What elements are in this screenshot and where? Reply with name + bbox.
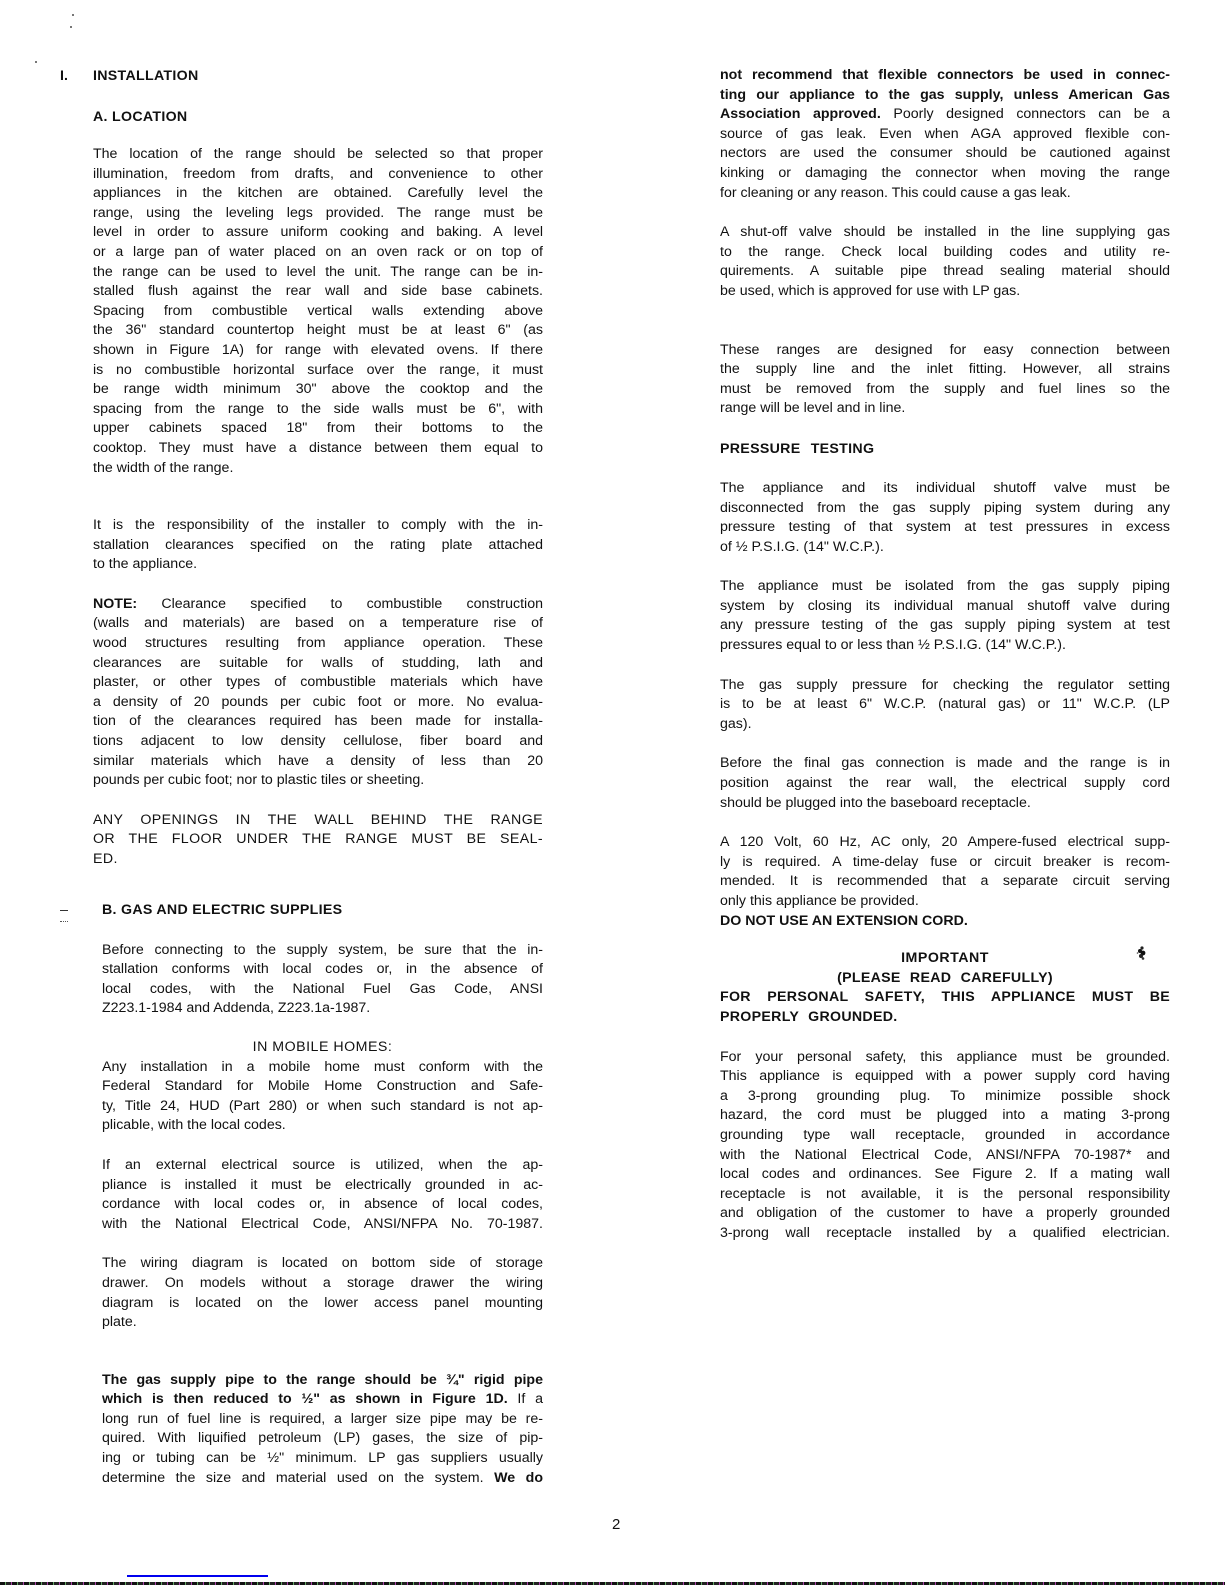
text-line: to the range. Check local building codes…	[720, 243, 1170, 263]
text-line: ANY OPENINGS IN THE WALL BEHIND THE RANG…	[93, 811, 543, 831]
margin-mark	[60, 910, 68, 922]
text-line: quired. With liquified petroleum (LP) ga…	[102, 1429, 543, 1449]
final-connection-paragraph: Before the final gas connection is made …	[720, 754, 1170, 813]
shutoff-valve-paragraph: A shut-off valve should be installed in …	[720, 223, 1170, 301]
text-fragment: We do	[494, 1470, 543, 1486]
text-line: the range can be used to level the unit.…	[93, 263, 543, 283]
extension-cord-warning: DO NOT USE AN EXTENSION CORD.	[720, 912, 1170, 932]
text-line: of ½ P.S.I.G. (14" W.C.P.).	[720, 538, 1170, 558]
text-line: the 36" standard countertop height must …	[93, 321, 543, 341]
text-line: shown in Figure 1A) for range with eleva…	[93, 341, 543, 361]
easy-connection-paragraph: These ranges are designed for easy conne…	[720, 341, 1170, 419]
text-line: range, using the leveling legs provided.…	[93, 204, 543, 224]
text-line: ting our appliance to the gas supply, un…	[720, 86, 1170, 106]
location-paragraph: The location of the range should be sele…	[93, 145, 543, 478]
scan-speck	[35, 61, 37, 63]
text-line: is no combustible horizontal surface ove…	[93, 361, 543, 381]
section-title: INSTALLATION	[93, 66, 543, 86]
important-title: IMPORTANT	[720, 949, 1170, 969]
text-line: determine the size and material used on …	[102, 1469, 543, 1489]
text-line: any pressure testing of the gas supply p…	[720, 616, 1170, 636]
external-source-paragraph: If an external electrical source is util…	[102, 1156, 543, 1234]
text-line: Association approved. Poorly designed co…	[720, 105, 1170, 125]
text-line: mended. It is recommended that a separat…	[720, 872, 1170, 892]
openings-warning: ANY OPENINGS IN THE WALL BEHIND THE RANG…	[93, 811, 543, 870]
text-line: kinking or damaging the connector when m…	[720, 164, 1170, 184]
text-line: The location of the range should be sele…	[93, 145, 543, 165]
text-line: stallation clearances specified on the r…	[93, 536, 543, 556]
text-line: stalled flush against the rear wall and …	[93, 282, 543, 302]
text-line: tion of the clearances required has been…	[93, 712, 543, 732]
text-line: For your personal safety, this appliance…	[720, 1048, 1170, 1068]
text-fragment: Association approved.	[720, 106, 881, 122]
grounding-paragraph: For your personal safety, this appliance…	[720, 1048, 1170, 1244]
text-line: pressure testing of that system at test …	[720, 518, 1170, 538]
text-line: disconnected from the gas supply piping …	[720, 499, 1170, 519]
mobile-homes-heading: IN MOBILE HOMES:	[102, 1038, 543, 1058]
text-line: with the National Electrical Code, ANSI/…	[102, 1215, 543, 1235]
text-line: a density of 20 pounds per cubic foot or…	[93, 693, 543, 713]
text-line: Federal Standard for Mobile Home Constru…	[102, 1077, 543, 1097]
text-line: must be removed from the supply and fuel…	[720, 380, 1170, 400]
text-line: tions adjacent to low density cellulose,…	[93, 732, 543, 752]
text-line: position against the rear wall, the elec…	[720, 774, 1170, 794]
text-line: cooktop. They must have a distance betwe…	[93, 439, 543, 459]
text-line: Before the final gas connection is made …	[720, 754, 1170, 774]
text-line: nectors are used the consumer should be …	[720, 144, 1170, 164]
text-line: wood structures resulting from appliance…	[93, 634, 543, 654]
disconnect-paragraph: The appliance and its individual shutoff…	[720, 479, 1170, 557]
text-line: is to be at least 6" W.C.P. (natural gas…	[720, 695, 1170, 715]
text-line: range will be level and in line.	[720, 399, 1170, 419]
text-line: and obligation of the customer to have a…	[720, 1204, 1170, 1224]
text-line: similar materials which have a density o…	[93, 752, 543, 772]
text-line: clearances are suitable for walls of stu…	[93, 654, 543, 674]
text-line: spacing from the range to the side walls…	[93, 400, 543, 420]
text-line: ED.	[93, 850, 543, 870]
responsibility-paragraph: It is the responsibility of the installe…	[93, 516, 543, 575]
text-line: plicable, with the local codes.	[102, 1116, 543, 1136]
text-fragment: determine the size and material used on …	[102, 1470, 494, 1486]
text-fragment: If a	[508, 1391, 543, 1407]
gas-pipe-paragraph: The gas supply pipe to the range should …	[102, 1371, 543, 1489]
page-number: 2	[612, 1516, 620, 1533]
text-line: FOR PERSONAL SAFETY, THIS APPLIANCE MUST…	[720, 988, 1170, 1008]
text-line: Z223.1-1984 and Addenda, Z223.1a-1987.	[102, 999, 543, 1019]
right-column: not recommend that flexible connectors b…	[720, 66, 1170, 1244]
text-line: the supply line and the inlet fitting. H…	[720, 360, 1170, 380]
note-label: NOTE:	[93, 596, 137, 612]
text-line: These ranges are designed for easy conne…	[720, 341, 1170, 361]
text-line: It is the responsibility of the installe…	[93, 516, 543, 536]
important-notice: IMPORTANT (PLEASE READ CAREFULLY) FOR PE…	[720, 949, 1170, 1027]
text-line: which is then reduced to ½" as shown in …	[102, 1390, 543, 1410]
regulator-paragraph: The gas supply pressure for checking the…	[720, 676, 1170, 735]
isolate-paragraph: The appliance must be isolated from the …	[720, 577, 1170, 655]
text-line: NOTE: Clearance specified to combustible…	[93, 595, 543, 615]
text-line: the width of the range.	[93, 459, 543, 479]
text-line: level in order to assure uniform cooking…	[93, 223, 543, 243]
ground-symbol-icon	[1134, 945, 1148, 961]
text-line: source of gas leak. Even when AGA approv…	[720, 125, 1170, 145]
left-column: INSTALLATION A. LOCATION The location of…	[93, 66, 543, 1488]
note-paragraph: NOTE: Clearance specified to combustible…	[93, 595, 543, 791]
text-line: be range width minimum 30" above the coo…	[93, 380, 543, 400]
text-line: with the National Electrical Code, ANSI/…	[720, 1146, 1170, 1166]
text-line: If an external electrical source is util…	[102, 1156, 543, 1176]
text-line: drawer. On models without a storage draw…	[102, 1274, 543, 1294]
text-line: long run of fuel line is required, a lar…	[102, 1410, 543, 1430]
text-line: A 120 Volt, 60 Hz, AC only, 20 Ampere-fu…	[720, 833, 1170, 853]
location-heading: A. LOCATION	[93, 107, 543, 127]
text-line: illumination, freedom from drafts, and c…	[93, 165, 543, 185]
text-line: to the appliance.	[93, 555, 543, 575]
text-line: The appliance and its individual shutoff…	[720, 479, 1170, 499]
text-line: pliance is installed it must be electric…	[102, 1176, 543, 1196]
scan-speck	[72, 14, 74, 16]
pressure-testing-heading: PRESSURE TESTING	[720, 439, 1170, 459]
text-line: The wiring diagram is located on bottom …	[102, 1254, 543, 1274]
footer-link-underline	[127, 1575, 268, 1577]
wiring-diagram-paragraph: The wiring diagram is located on bottom …	[102, 1254, 543, 1332]
text-fragment: Clearance specified to combustible const…	[137, 596, 543, 612]
text-line: plaster, or other types of combustible m…	[93, 673, 543, 693]
text-line: PROPERLY GROUNDED.	[720, 1008, 1170, 1028]
document-page: I. INSTALLATION A. LOCATION The location…	[0, 0, 1225, 1585]
important-subtitle: (PLEASE READ CAREFULLY)	[720, 969, 1170, 989]
text-line: The gas supply pressure for checking the…	[720, 676, 1170, 696]
text-line: Spacing from combustible vertical walls …	[93, 302, 543, 322]
text-line: Any installation in a mobile home must c…	[102, 1058, 543, 1078]
text-line: should be plugged into the baseboard rec…	[720, 794, 1170, 814]
text-line: local codes and ordinances. See Figure 2…	[720, 1165, 1170, 1185]
flexible-connectors-paragraph: not recommend that flexible connectors b…	[720, 66, 1170, 203]
text-line: only this appliance be provided.	[720, 892, 1170, 912]
text-line: ty, Title 24, HUD (Part 280) or when suc…	[102, 1097, 543, 1117]
text-line: or a large pan of water placed on an ove…	[93, 243, 543, 263]
text-line: gas).	[720, 715, 1170, 735]
text-line: The appliance must be isolated from the …	[720, 577, 1170, 597]
text-line: upper cabinets spaced 18" from their bot…	[93, 419, 543, 439]
text-line: quirements. A suitable pipe thread seali…	[720, 262, 1170, 282]
text-line: for cleaning or any reason. This could c…	[720, 184, 1170, 204]
gas-electric-heading: B. GAS AND ELECTRIC SUPPLIES	[102, 900, 543, 920]
text-line: diagram is located on the lower access p…	[102, 1294, 543, 1314]
text-line: pounds per cubic foot; nor to plastic ti…	[93, 771, 543, 791]
before-connecting-paragraph: Before connecting to the supply system, …	[102, 941, 543, 1019]
text-line: 3-prong wall receptacle installed by a q…	[720, 1224, 1170, 1244]
text-line: A shut-off valve should be installed in …	[720, 223, 1170, 243]
text-line: This appliance is equipped with a power …	[720, 1067, 1170, 1087]
text-line: receptacle is not available, it is the p…	[720, 1185, 1170, 1205]
text-line: be used, which is approved for use with …	[720, 282, 1170, 302]
text-line: appliances in the kitchen are obtained. …	[93, 184, 543, 204]
text-line: ly is required. A time-delay fuse or cir…	[720, 853, 1170, 873]
text-line: system by closing its individual manual …	[720, 597, 1170, 617]
text-line: local codes, with the National Fuel Gas …	[102, 980, 543, 1000]
text-line: grounding type wall receptacle, grounded…	[720, 1126, 1170, 1146]
text-line: plate.	[102, 1313, 543, 1333]
text-line: Before connecting to the supply system, …	[102, 941, 543, 961]
text-line: not recommend that flexible connectors b…	[720, 66, 1170, 86]
text-line: (walls and materials) are based on a tem…	[93, 614, 543, 634]
text-line: hazard, the cord must be plugged into a …	[720, 1106, 1170, 1126]
scan-speck	[70, 26, 72, 28]
text-line: ing or tubing can be ½" minimum. LP gas …	[102, 1449, 543, 1469]
electrical-supply-paragraph: A 120 Volt, 60 Hz, AC only, 20 Ampere-fu…	[720, 833, 1170, 931]
text-line: a 3-prong grounding plug. To minimize po…	[720, 1087, 1170, 1107]
text-line: OR THE FLOOR UNDER THE RANGE MUST BE SEA…	[93, 830, 543, 850]
section-number: I.	[60, 66, 68, 86]
text-fragment: which is then reduced to ½" as shown in …	[102, 1391, 508, 1407]
text-line: cordance with local codes or, in absence…	[102, 1195, 543, 1215]
text-line: stallation conforms with local codes or,…	[102, 960, 543, 980]
text-line: pressures equal to or less than ½ P.S.I.…	[720, 636, 1170, 656]
text-fragment: Poorly designed connectors can be a	[881, 106, 1170, 122]
mobile-homes-section: IN MOBILE HOMES: Any installation in a m…	[102, 1038, 543, 1136]
text-line: The gas supply pipe to the range should …	[102, 1371, 543, 1391]
